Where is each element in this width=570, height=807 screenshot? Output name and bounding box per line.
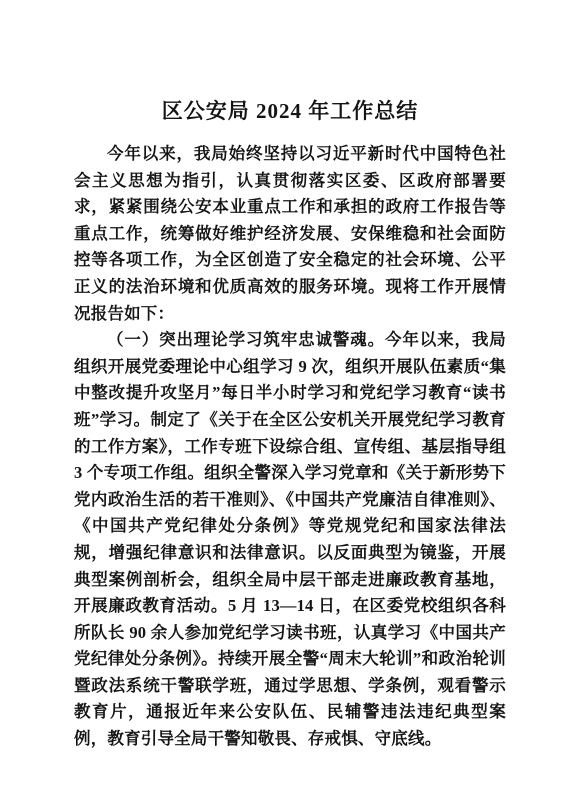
- document-page: 区公安局 2024 年工作总结 今年以来，我局始终坚持以习近平新时代中国特色社会…: [0, 0, 570, 807]
- paragraph-intro: 今年以来，我局始终坚持以习近平新时代中国特色社会主义思想为指引，认真贯彻落实区委…: [74, 141, 506, 327]
- document-title: 区公安局 2024 年工作总结: [74, 97, 506, 125]
- paragraph-section-1: （一）突出理论学习筑牢忠诚警魂。今年以来，我局组织开展党委理论中心组学习 9 次…: [74, 327, 506, 753]
